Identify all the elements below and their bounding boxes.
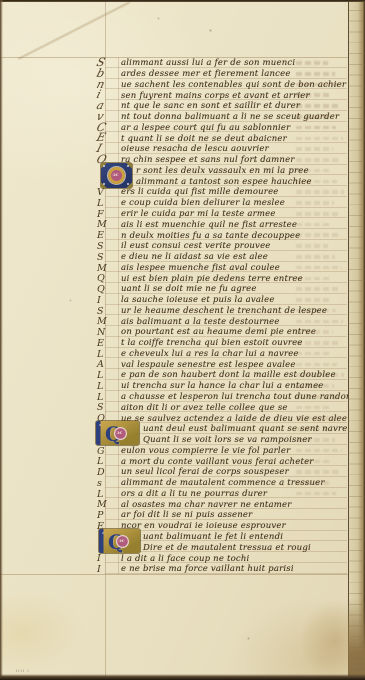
margin-initial: S: [97, 241, 119, 252]
verse-line-42: Mal osastes ma char navrer ne entamer: [0, 499, 352, 510]
margin-initial: s: [97, 478, 119, 489]
verse-text: alimmant aussi lui a fer de son muenci: [121, 58, 295, 68]
margin-initial: L: [97, 381, 119, 392]
verse-text: ui trencha sur la hance la char lui a en…: [121, 381, 324, 391]
verse-text: un seul licol ferai de corps souspeser: [121, 467, 289, 477]
roundel-tracery: ɔc: [119, 538, 125, 544]
margin-initial: L: [97, 198, 119, 209]
verse-line-27: Et la coiffe trencha qui bien estoit ouv…: [0, 338, 352, 349]
verse-text: uant li se doit mie ne fu agree: [121, 284, 257, 294]
verse-text-block: Salimmant aussi lui a fer de son muencib…: [0, 58, 352, 575]
verse-line-10: Ora chin sespee et sans nul fort damner: [0, 154, 352, 165]
margin-initial: D: [97, 467, 119, 478]
parchment-stain: [300, 600, 365, 680]
verse-line-46: Dire et de mautalent tressua et rougi: [0, 542, 352, 553]
verse-text: e coup cuida bien deliurer la meslee: [121, 198, 285, 208]
margin-initial: Q: [97, 273, 119, 284]
verse-line-13: Vers li cuida qui fist mille demouree: [0, 187, 352, 198]
verse-text: ais li est muenchie quil ne fist arreste…: [121, 220, 297, 230]
corner-annotation: ıııı ı: [16, 669, 30, 674]
verse-line-16: Mais li est muenchie quil ne fist arrest…: [0, 219, 352, 230]
margin-initial: L: [97, 489, 119, 500]
verse-line-38: La mort du conte vaillant vous ferai ach…: [0, 456, 352, 467]
verse-line-41: Lors a dit a li tu ne pourras durer: [0, 488, 352, 499]
verse-line-26: Non pourtant est au heaume demi pie entr…: [0, 327, 352, 338]
verse-text: ue sachent les contenables qui sont de b…: [121, 80, 346, 90]
margin-initial: E: [97, 338, 119, 349]
verse-line-8: Et quant li se doit ne se deut abaicner: [0, 133, 352, 144]
verse-text: a mort du conte vaillant vous ferai ache…: [121, 457, 314, 467]
verse-text: r sont les deulx vassaulx en mi la pree: [136, 166, 309, 176]
margin-initial: L: [97, 456, 119, 467]
margin-initial: S: [97, 252, 119, 263]
roundel-tracery: ɔc: [117, 430, 123, 436]
verse-text: n deulx moities fu a sa tante decouppee: [121, 231, 300, 241]
margin-initial: M: [97, 263, 119, 274]
verse-line-39: Dun seul licol ferai de corps souspeser: [0, 467, 352, 478]
verse-text: ors a dit a li tu ne pourras durer: [121, 489, 267, 499]
verse-line-17: En deulx moities fu a sa tante decouppee: [0, 230, 352, 241]
margin-initial: S: [97, 402, 119, 413]
page-edge-left: [0, 0, 3, 680]
verse-line-24: Sur le heaume deschent le trenchant de l…: [0, 305, 352, 316]
verse-text: sen fuyrent mains corps et avant et arri…: [121, 91, 310, 101]
verse-text: ui est bien plain pie dedens terre entre…: [121, 274, 303, 284]
verse-text: ardes dessee mer et fierement lancee: [121, 69, 291, 79]
margin-initial: M: [97, 219, 119, 230]
verse-line-30: Le pan de son haubert dont la maille est…: [0, 370, 352, 381]
verse-text: ra chin sespee et sans nul fort damner: [121, 155, 295, 165]
verse-line-31: Lui trencha sur la hance la char lui a e…: [0, 381, 352, 392]
verse-text: alimmant de mautalent commence a tressue…: [121, 478, 325, 488]
margin-initial: E: [97, 230, 119, 241]
initial-roundel: ɔc: [116, 535, 129, 548]
verse-text: ue se saulvez actendez a laide de dieu v…: [121, 414, 347, 424]
verse-line-2: bardes dessee mer et fierement lancee: [0, 68, 352, 79]
verse-line-47: Il a dit a li face coup ne tochi: [0, 553, 352, 564]
margin-initial: S: [97, 306, 119, 317]
verse-text: uant balimuant le fet li entendi: [143, 532, 283, 542]
verse-text: ncor en voudrai ie ioieuse esprouver: [121, 521, 286, 531]
verse-text: ar a lespee court qui fu au sablonnier: [121, 123, 290, 133]
verse-line-32: La chausse et lesperon lui trencha tout …: [0, 391, 352, 402]
verse-text: t la coiffe trencha qui bien estoit ouvr…: [121, 338, 303, 348]
margin-initial: L: [97, 349, 119, 360]
verse-line-43: Par foi dit li se ni puis assener: [0, 510, 352, 521]
verse-text: e pan de son haubert dont la maille est …: [121, 370, 336, 380]
verse-line-34: Que se saulvez actendez a laide de dieu …: [0, 413, 352, 424]
verse-text: ais balimuant a la teste destournee: [121, 317, 280, 327]
verse-text: nt tout donna balimuant a li ne se sceut…: [121, 112, 339, 122]
verse-line-22: Quant li se doit mie ne fu agree: [0, 284, 352, 295]
verse-text: e ne brise ma force vaillant huit parisi: [121, 564, 294, 574]
verse-line-19: Se dieu ne li aidast sa vie est alee: [0, 251, 352, 262]
margin-initial: L: [97, 370, 119, 381]
page-edge-bottom: [0, 674, 365, 680]
verse-text: il eust consui cest verite prouvee: [121, 241, 271, 251]
margin-initial: F: [97, 209, 119, 220]
margin-initial: V: [97, 187, 119, 198]
verse-line-7: Car a lespee court qui fu au sablonnier: [0, 122, 352, 133]
verse-line-4: isen fuyrent mains corps et avant et arr…: [0, 90, 352, 101]
verse-line-37: Geulon vous compierre le vie fol parler: [0, 445, 352, 456]
verse-text: ur le heaume deschent le trenchant de le…: [121, 306, 327, 316]
verse-text: ar foi dit li se ni puis assener: [121, 510, 252, 520]
margin-initial: P: [97, 510, 119, 521]
verse-text: alimmant a tantost son espee hauchiee: [136, 177, 312, 187]
verse-text: ais lespee muenche fist aval coulee: [121, 263, 280, 273]
manuscript-page: Salimmant aussi lui a fer de son muencib…: [0, 0, 365, 680]
illuminated-initial-Q: Qɔc: [96, 421, 139, 445]
margin-initial: M: [97, 316, 119, 327]
verse-text: aiton dit li or avez telle collee que se: [121, 403, 288, 413]
verse-line-1: Salimmant aussi lui a fer de son muenci: [0, 58, 352, 69]
verse-text: val lespaule senestre est lespee avalee: [121, 360, 296, 370]
verse-line-25: Mais balimuant a la teste destournee: [0, 316, 352, 327]
verse-line-9: Ioieuse resacha de lescu aouvrier: [0, 144, 352, 155]
verse-line-5: ant que le sanc en sont et saillir et du…: [0, 101, 352, 112]
book-fore-edge: [348, 0, 365, 680]
verse-text: Dire et de mautalent tressua et rougi: [143, 543, 311, 553]
verse-line-29: Aval lespaule senestre est lespee avalee: [0, 359, 352, 370]
verse-line-18: Sil eust consui cest verite prouvee: [0, 241, 352, 252]
verse-text: erir le cuida par mi la teste armee: [121, 209, 276, 219]
margin-initial: M: [97, 499, 119, 510]
verse-text: l a dit a li face coup ne tochi: [121, 554, 249, 564]
margin-initial: G: [97, 446, 119, 457]
verse-line-6: vnt tout donna balimuant a li ne se sceu…: [0, 111, 352, 122]
margin-initial: A: [97, 359, 119, 370]
margin-initial: Q: [97, 284, 119, 295]
verse-text: e dieu ne li aidast sa vie est alee: [121, 252, 268, 262]
initial-roundel: ɔc: [108, 167, 125, 184]
verse-line-11: r sont les deulx vassaulx en mi la pree: [0, 165, 352, 176]
margin-initial: I: [97, 295, 119, 306]
verse-text: a chausse et lesperon lui trencha tout d…: [121, 392, 365, 402]
verse-line-33: Saiton dit li or avez telle collee que s…: [0, 402, 352, 413]
verse-text: oieuse resacha de lescu aouvrier: [121, 144, 269, 154]
verse-line-45: uant balimuant le fet li entendi: [0, 531, 352, 542]
verse-line-44: Encor en voudrai ie ioieuse esprouver: [0, 521, 352, 532]
verse-line-12: alimmant a tantost son espee hauchiee: [0, 176, 352, 187]
margin-initial: I: [97, 564, 119, 575]
verse-line-23: Ila sauche ioieuse et puis la avalee: [0, 294, 352, 305]
verse-line-28: Le cheveulx lui a res la char lui a navr…: [0, 348, 352, 359]
verse-text: nt que le sanc en sont et saillir et dur…: [121, 101, 300, 111]
margin-initial: I: [97, 553, 119, 564]
verse-text: Quant li se voit lors se va rampoisner: [143, 435, 312, 445]
verse-text: ers li cuida qui fist mille demouree: [121, 187, 279, 197]
margin-initial: N: [97, 327, 119, 338]
verse-line-21: Qui est bien plain pie dedens terre entr…: [0, 273, 352, 284]
verse-text: t quant li se doit ne se deut abaicner: [121, 134, 287, 144]
illuminated-initial-O: ɔc: [101, 163, 132, 188]
illuminated-initial-Q: Qɔc: [99, 529, 140, 553]
verse-line-15: Ferir le cuida par mi la teste armee: [0, 208, 352, 219]
initial-roundel: ɔc: [114, 427, 127, 440]
roundel-tracery: ɔc: [113, 172, 119, 178]
verse-text: la sauche ioieuse et puis la avalee: [121, 295, 275, 305]
page-edge-top: [0, 0, 365, 2]
verse-text: e cheveulx lui a res la char lui a navre…: [121, 349, 299, 359]
verse-text: on pourtant est au heaume demi pie entre…: [121, 327, 316, 337]
parchment-crease: [18, 1, 130, 59]
verse-line-20: Mais lespee muenche fist aval coulee: [0, 262, 352, 273]
verse-text: uant deul eust balimuant quant se sent n…: [143, 424, 348, 434]
parchment-specks: [0, 0, 1, 1]
verse-line-36: Quant li se voit lors se va rampoisner: [0, 434, 352, 445]
margin-initial: L: [97, 392, 119, 403]
verse-line-3: nue sachent les contenables qui sont de …: [0, 79, 352, 90]
verse-line-35: uant deul eust balimuant quant se sent n…: [0, 424, 352, 435]
verse-text: eulon vous compierre le vie fol parler: [121, 446, 290, 456]
verse-line-40: salimmant de mautalent commence a tressu…: [0, 477, 352, 488]
verse-text: al osastes ma char navrer ne entamer: [121, 500, 292, 510]
verse-line-48: Ie ne brise ma force vaillant huit paris…: [0, 564, 352, 575]
verse-line-14: Le coup cuida bien deliurer la meslee: [0, 198, 352, 209]
